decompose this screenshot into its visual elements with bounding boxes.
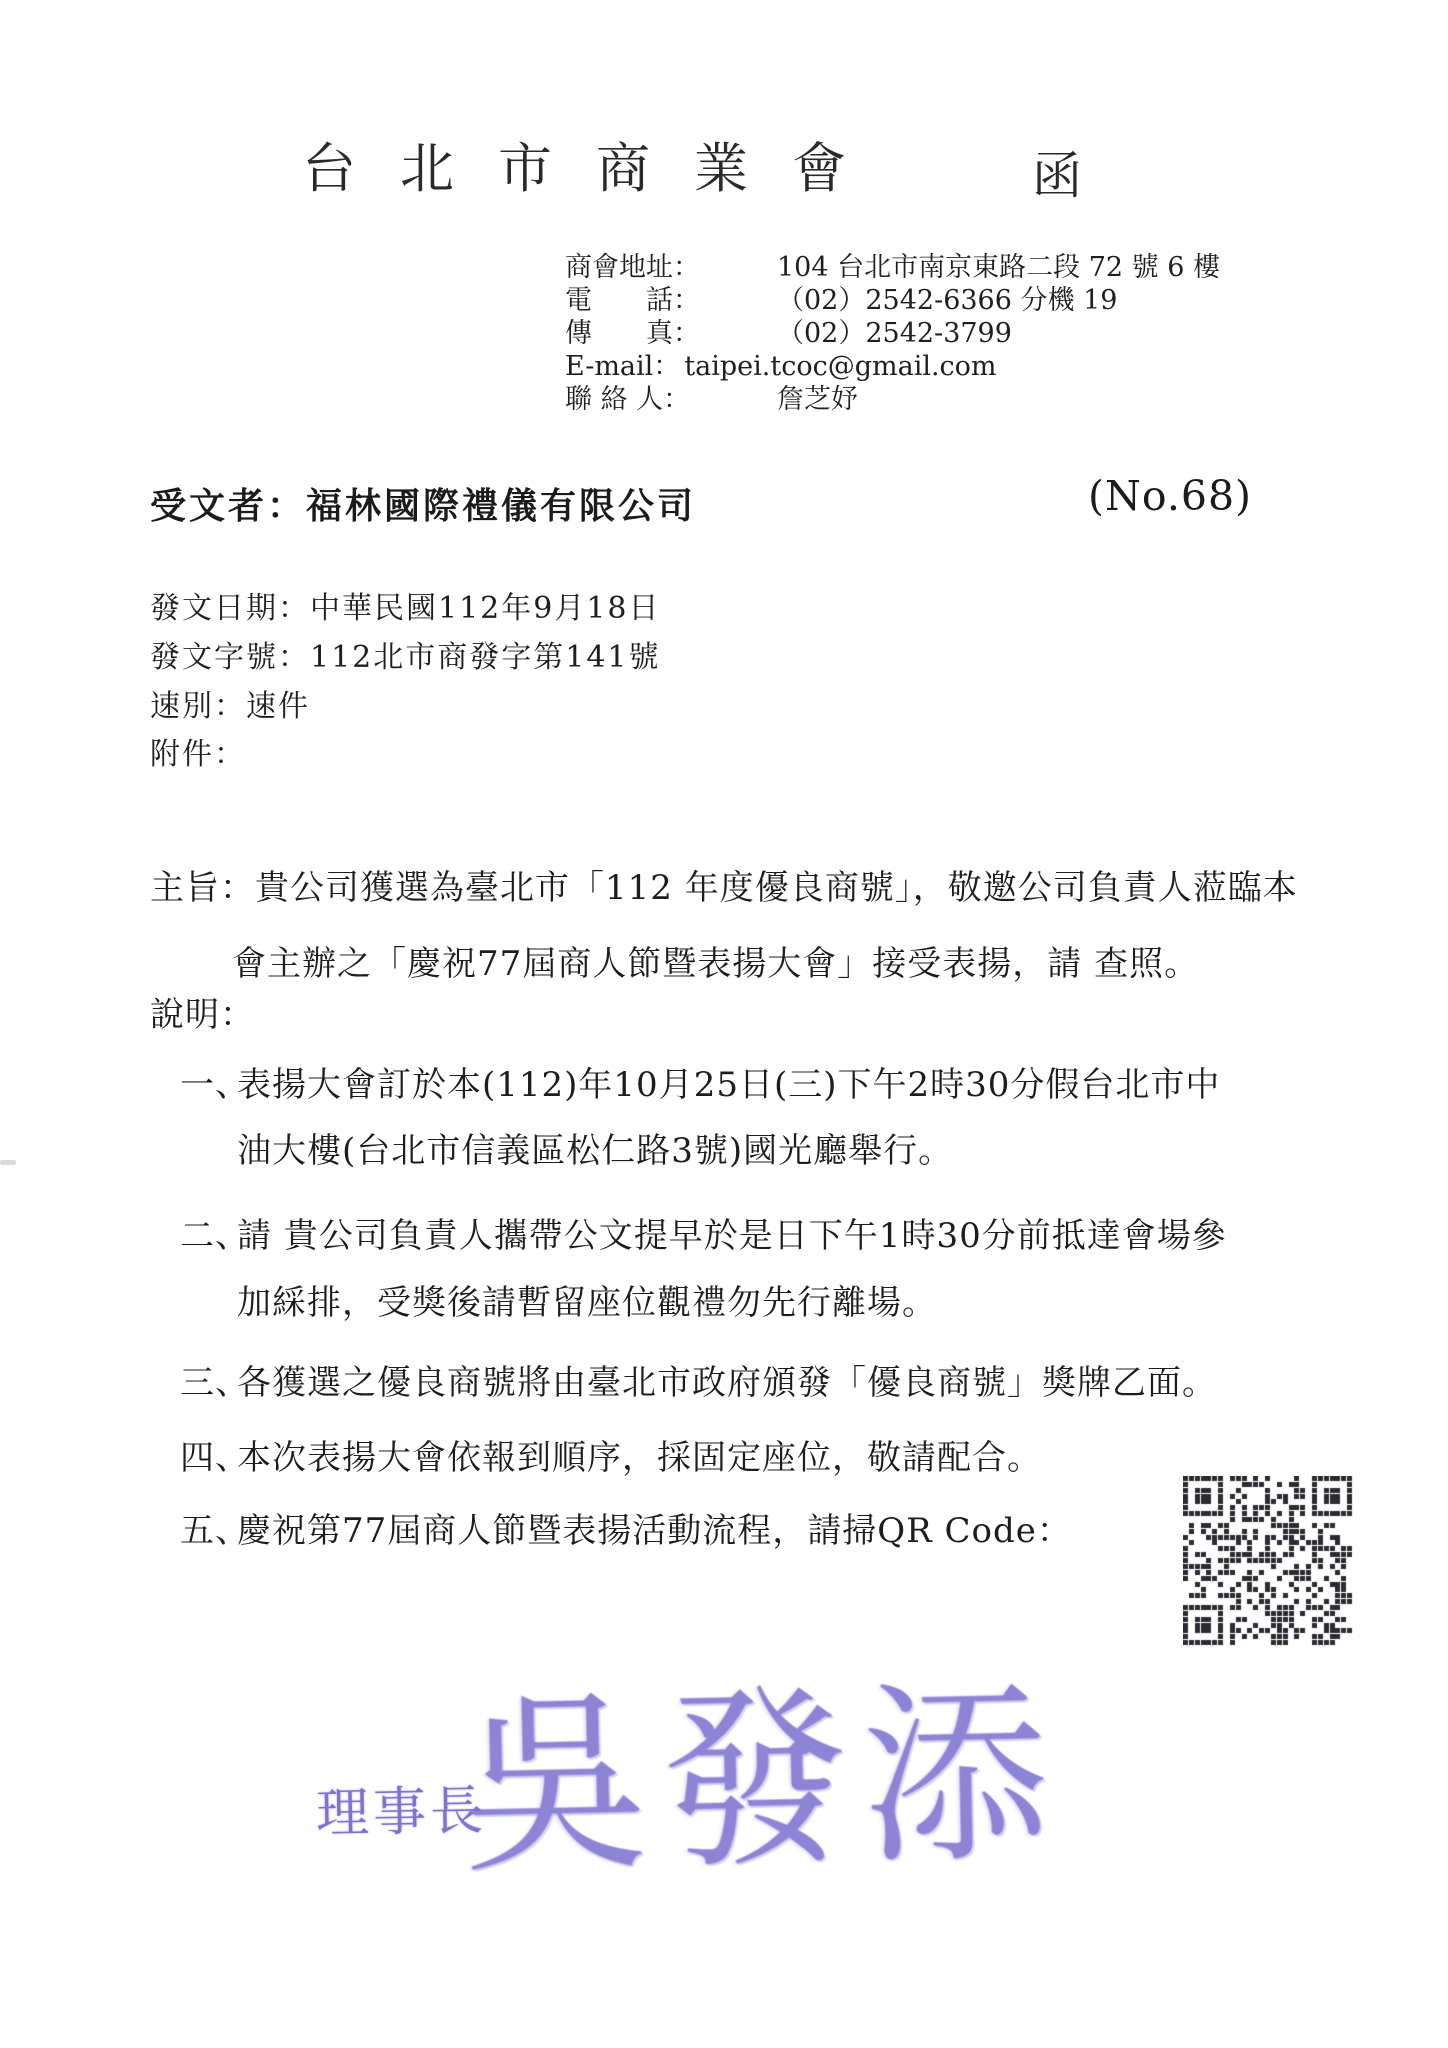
- email-value: taipei.tcoc@gmail.com: [684, 350, 996, 383]
- item-1-number: 一、: [180, 1057, 237, 1106]
- scan-edge-mark: [0, 1160, 16, 1165]
- item-3-line-1: 三、各獲選之優良商號將由臺北市政府頒發「優良商號」獎牌乙面。: [180, 1355, 1217, 1404]
- item-4-line-1: 四、本次表揚大會依報到順序，採固定座位，敬請配合。: [180, 1430, 1042, 1479]
- recipient-name: 福林國際禮儀有限公司: [306, 485, 696, 527]
- address-value: 104 台北市南京東路二段 72 號 6 樓: [777, 251, 1220, 284]
- subject-text-1: 貴公司獲選為臺北市「112 年度優良商號」，敬邀公司負責人蒞臨本: [255, 868, 1298, 908]
- contact-person-label: 聯 絡 人：: [565, 383, 777, 416]
- official-letter-page: 台北市商業會 函 商會地址： 104 台北市南京東路二段 72 號 6 樓 電 …: [0, 0, 1448, 2048]
- item-1-line-2: 油大樓(台北市信義區松仁路3號)國光廳舉行。: [237, 1123, 953, 1172]
- contact-line-person: 聯 絡 人： 詹芝妤: [565, 383, 1220, 416]
- subject-label: 主旨：: [150, 868, 255, 908]
- email-label: E-mail：: [565, 350, 680, 383]
- address-label: 商會地址：: [565, 251, 777, 284]
- meta-attachment: 附件：: [150, 729, 246, 773]
- meta-priority: 速別：速件: [150, 681, 310, 725]
- letter-serial-number: (No.68): [1088, 472, 1252, 520]
- item-2-line-1: 二、請 貴公司負責人攜帶公文提早於是日下午1時30分前抵達會場參: [180, 1208, 1227, 1257]
- item-1-text: 表揚大會訂於本(112)年10月25日(三)下午2時30分假台北市中: [237, 1065, 1220, 1105]
- qr-code-icon: [1183, 1476, 1353, 1646]
- fax-value: （02）2542-3799: [777, 317, 1012, 350]
- doc-type-label: 函: [1032, 136, 1082, 208]
- recipient-label: 受文者：: [150, 485, 306, 527]
- contact-block: 商會地址： 104 台北市南京東路二段 72 號 6 樓 電 話： （02）25…: [565, 251, 1220, 416]
- subject-line-2: 會主辦之「慶祝77屆商人節暨表揚大會」接受表揚，請 查照。: [232, 936, 1199, 985]
- meta-issue-date: 發文日期：中華民國112年9月18日: [150, 583, 661, 627]
- item-4-text: 本次表揚大會依報到順序，採固定座位，敬請配合。: [237, 1438, 1042, 1478]
- org-title: 台北市商業會: [302, 126, 890, 203]
- item-1-line-1: 一、表揚大會訂於本(112)年10月25日(三)下午2時30分假台北市中: [180, 1057, 1220, 1106]
- item-2-text: 請 貴公司負責人攜帶公文提早於是日下午1時30分前抵達會場參: [237, 1216, 1227, 1256]
- contact-line-phone: 電 話： （02）2542-6366 分機 19: [565, 284, 1220, 317]
- item-3-number: 三、: [180, 1355, 237, 1404]
- recipient-line: 受文者：福林國際禮儀有限公司: [150, 478, 696, 529]
- item-3-text: 各獲選之優良商號將由臺北市政府頒發「優良商號」獎牌乙面。: [237, 1363, 1217, 1403]
- contact-line-email: E-mail： taipei.tcoc@gmail.com: [565, 350, 1220, 383]
- contact-line-address: 商會地址： 104 台北市南京東路二段 72 號 6 樓: [565, 251, 1220, 284]
- phone-label: 電 話：: [565, 284, 777, 317]
- subject-line-1: 主旨：貴公司獲選為臺北市「112 年度優良商號」，敬邀公司負責人蒞臨本: [150, 860, 1298, 909]
- item-4-number: 四、: [180, 1430, 237, 1479]
- contact-person-value: 詹芝妤: [777, 383, 858, 416]
- item-5-number: 五、: [180, 1503, 237, 1552]
- chairman-signature-stamp: 吳發添: [460, 1678, 1064, 1884]
- fax-label: 傳 真：: [565, 317, 777, 350]
- phone-value: （02）2542-6366 分機 19: [777, 284, 1117, 317]
- contact-line-fax: 傳 真： （02）2542-3799: [565, 317, 1220, 350]
- explanation-label: 說明：: [150, 987, 255, 1036]
- item-5-text: 慶祝第77屆商人節暨表揚活動流程，請掃QR Code：: [237, 1511, 1072, 1551]
- item-2-number: 二、: [180, 1208, 237, 1257]
- item-2-line-2: 加綵排，受獎後請暫留座位觀禮勿先行離場。: [237, 1275, 937, 1324]
- meta-doc-number: 發文字號：112北市商發字第141號: [150, 632, 661, 676]
- item-5-line-1: 五、慶祝第77屆商人節暨表揚活動流程，請掃QR Code：: [180, 1503, 1072, 1552]
